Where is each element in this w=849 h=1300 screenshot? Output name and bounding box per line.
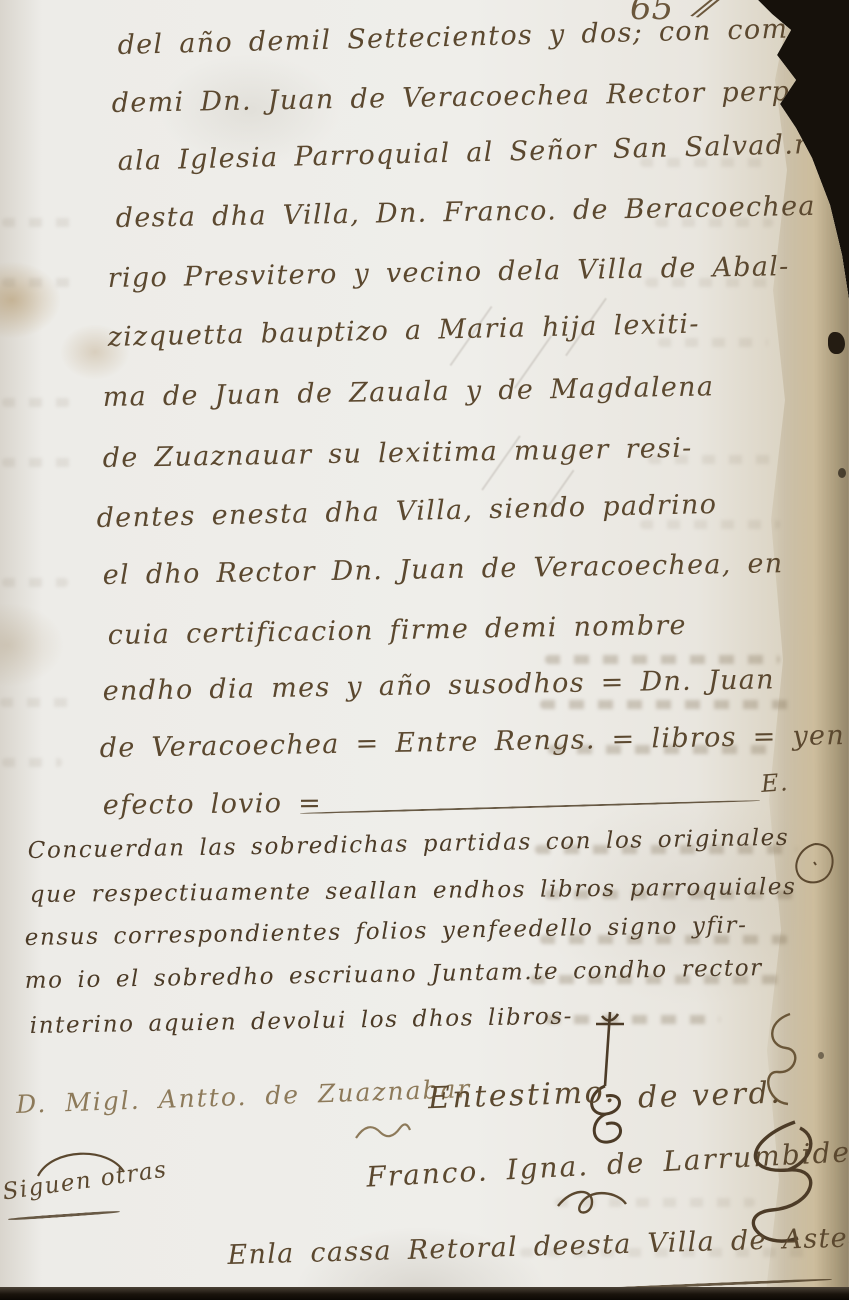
manuscript-line: el dho Rector Dn. Juan de Veracoechea, e… <box>102 548 783 591</box>
ink-bleedthrough <box>2 758 62 767</box>
manuscript-line: zizquetta bauptizo a Maria hija lexiti- <box>107 309 700 353</box>
closing-end-mark: E. <box>760 768 790 798</box>
paraph-icon <box>792 840 838 890</box>
manuscript-line: interino aquien devolui los dhos libros- <box>30 1004 574 1039</box>
manuscript-line: Concuerdan las sobredichas partidas con … <box>28 825 790 864</box>
ink-bleedthrough <box>640 520 780 529</box>
manuscript-page: 65 ⁄⁄ del año demil Se <box>0 0 849 1300</box>
paper-sheet: 65 ⁄⁄ del año demil Se <box>0 0 849 1300</box>
manuscript-line: cuia certificacion firme demi nombre <box>107 610 687 651</box>
scan-bottom-shadow <box>0 1287 849 1300</box>
attestation-right: de verd. <box>637 1075 782 1115</box>
edge-ink-spot <box>796 66 805 80</box>
manuscript-line: ma de Juan de Zauala y de Magdalena <box>102 371 714 413</box>
attestation-left: Entestimo. <box>427 1075 617 1117</box>
edge-ink-spot <box>818 1052 824 1059</box>
signature-rubric-icon <box>552 1186 632 1220</box>
signature-zuaznabar: D. Migl. Antto. de Zuaznabar <box>16 1074 472 1119</box>
ink-bleedthrough <box>540 700 790 709</box>
manuscript-line: que respectiuamente seallan endhos libro… <box>30 874 797 908</box>
manuscript-line: de Zuaznauar su lexitima muger resi- <box>102 433 692 474</box>
manuscript-line: mo io el sobredho escriuano Juntam.te co… <box>25 955 763 994</box>
manuscript-line: dentes enesta dha Villa, siendo padrino <box>96 489 717 534</box>
closing-dash-rule <box>300 800 760 815</box>
manuscript-line: ensus correspondientes folios yenfeedell… <box>25 912 748 951</box>
manuscript-line: del año demil Settecientos y dos; con co… <box>117 12 849 61</box>
ink-bleedthrough <box>545 655 780 664</box>
edge-ink-spot <box>828 332 845 354</box>
manuscript-line: desta dha Villa, Dn. Franco. de Beracoec… <box>115 190 849 234</box>
ink-bleedthrough <box>2 218 76 227</box>
ink-bleedthrough <box>2 458 76 467</box>
ink-bleedthrough <box>2 398 70 407</box>
ink-bleedthrough <box>0 698 78 707</box>
signature-rubric-icon <box>352 1116 412 1148</box>
manuscript-line: rigo Presvitero y vecino dela Villa de A… <box>107 251 789 294</box>
manuscript-line: ala Iglesia Parroquial al Señor San Salv… <box>117 129 808 177</box>
ink-bleedthrough <box>2 278 72 287</box>
margin-note-underline <box>8 1210 120 1221</box>
manuscript-line: de Veracoechea = Entre Rengs. = libros =… <box>99 720 845 764</box>
ink-bleedthrough <box>2 578 68 587</box>
edge-ink-spot <box>838 468 846 478</box>
manuscript-line: efecto lovio = <box>103 788 323 821</box>
manuscript-line: demi Dn. Juan de Veracoechea Rector perp… <box>111 75 849 119</box>
manuscript-line: Enla cassa Retoral deesta Villa de Astea… <box>227 1221 849 1271</box>
